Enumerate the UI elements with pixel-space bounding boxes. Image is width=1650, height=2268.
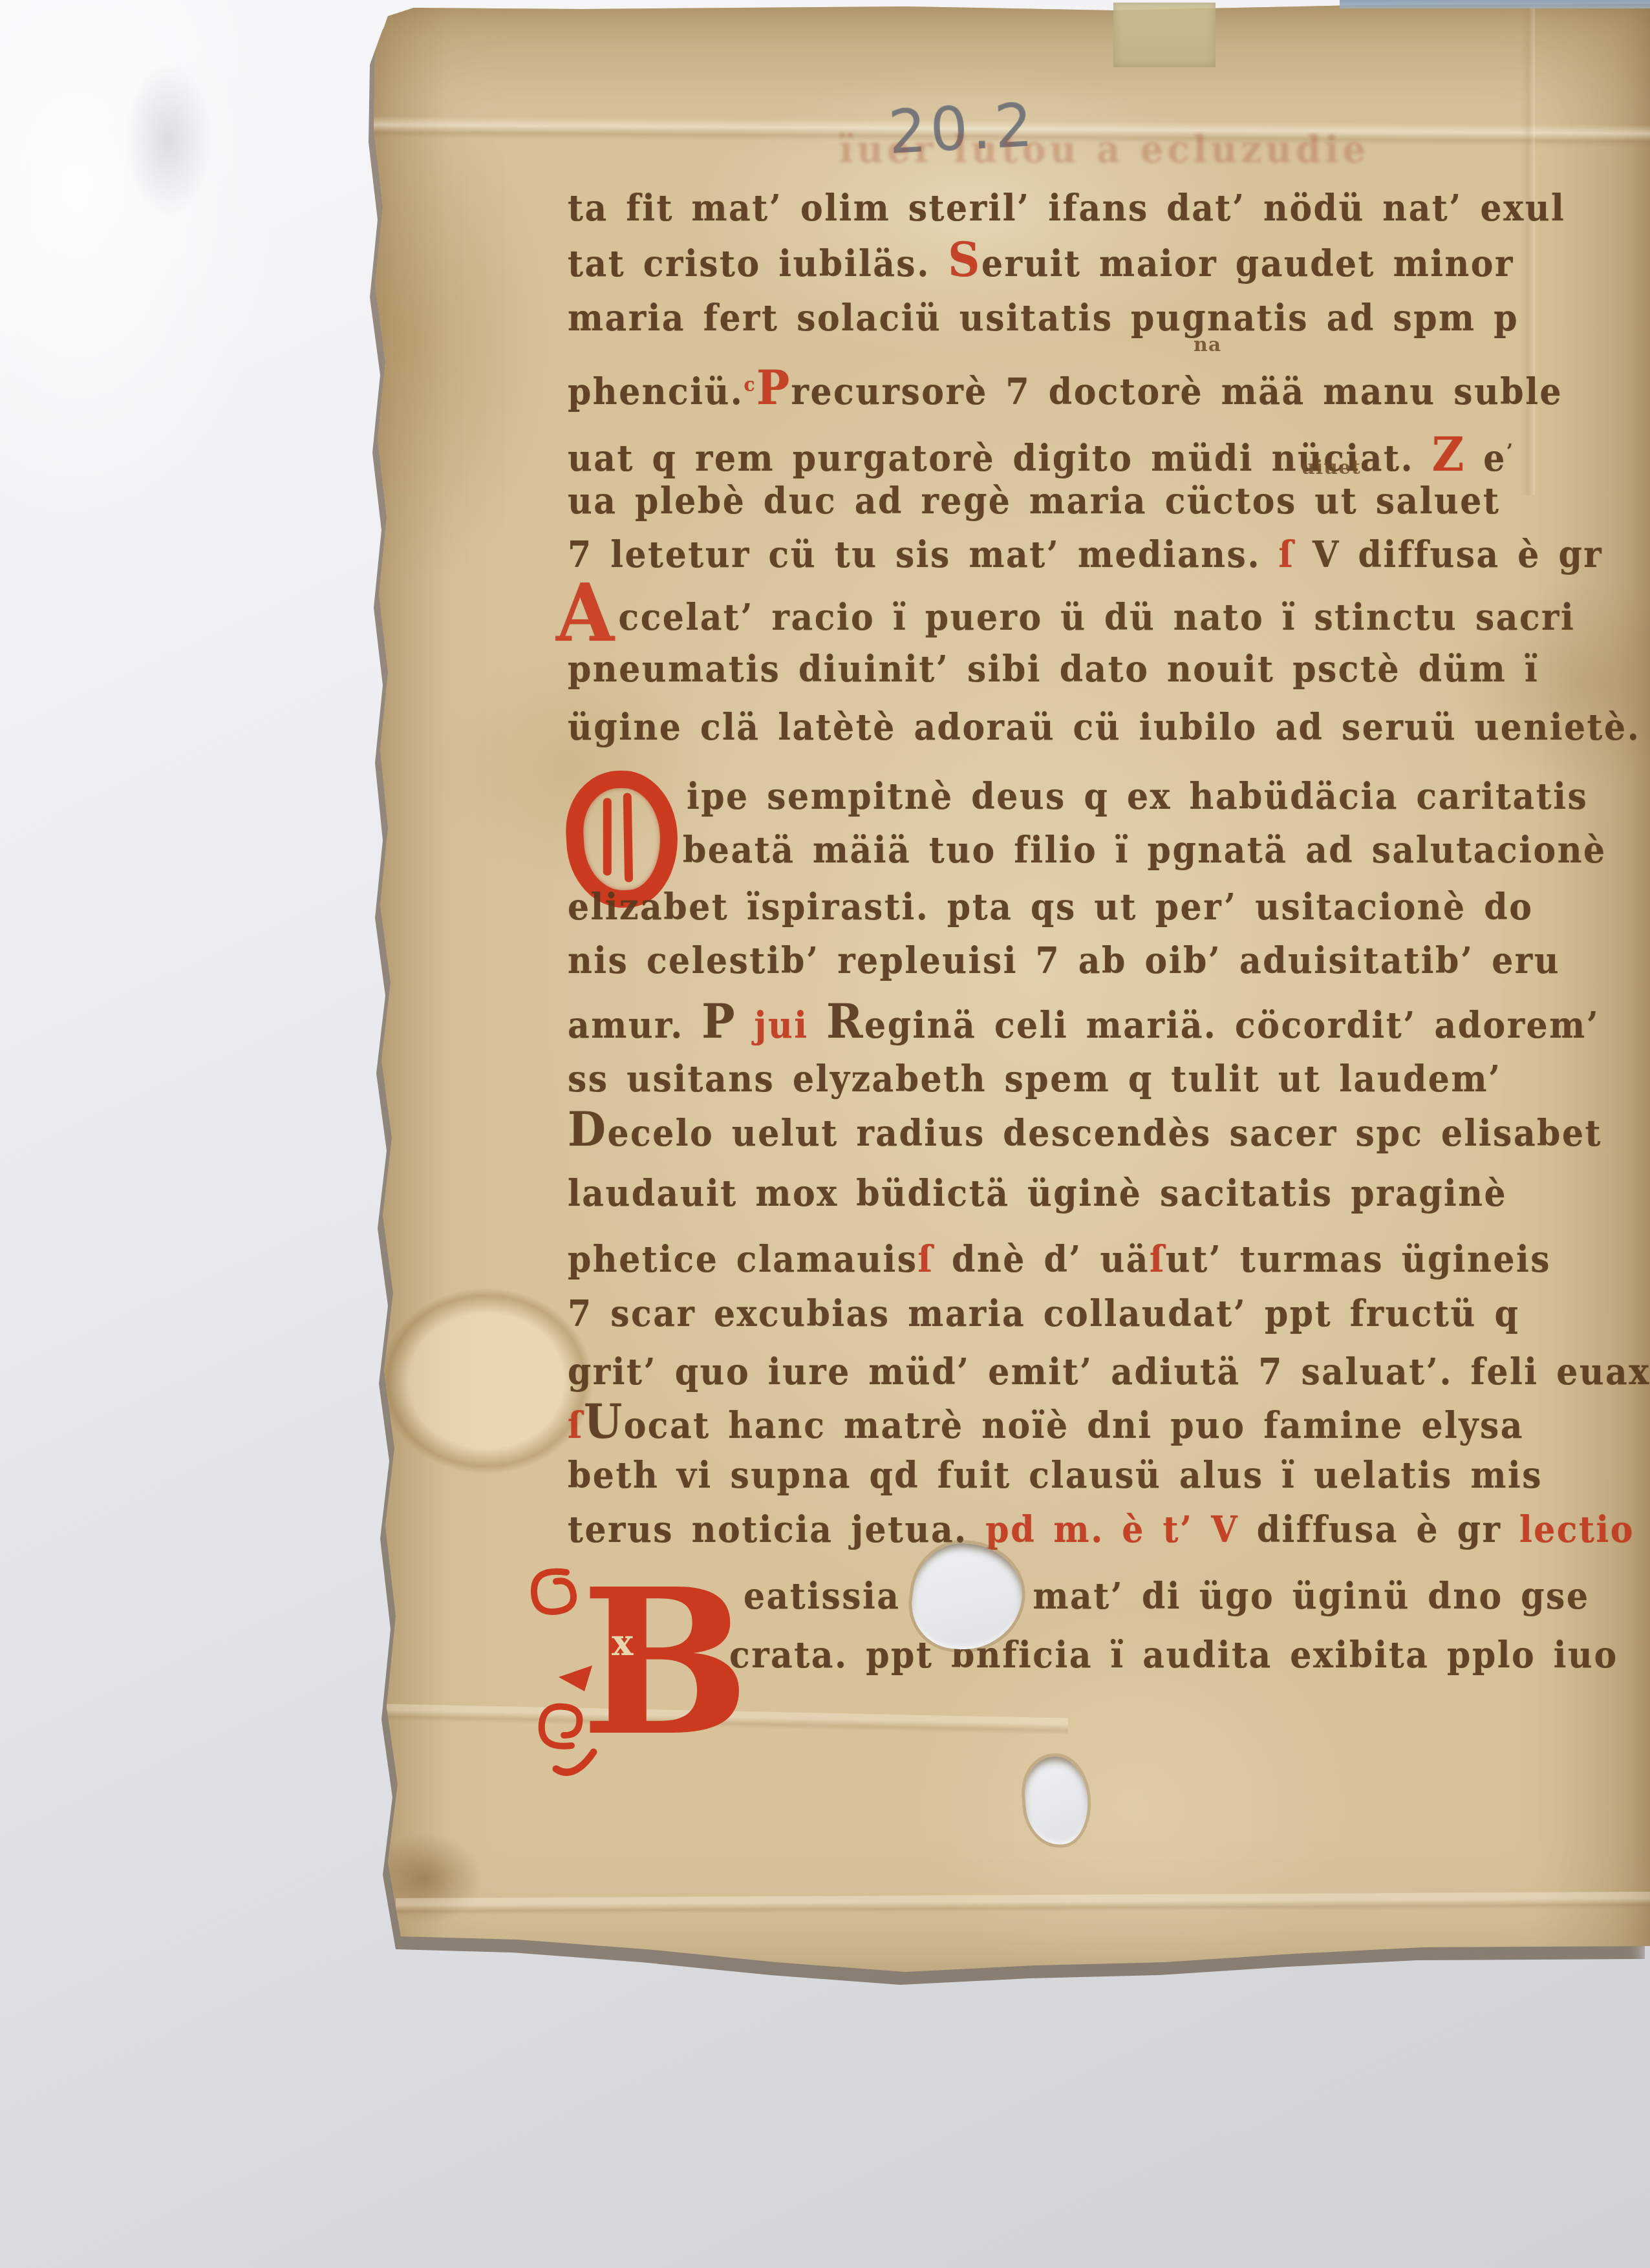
manuscript-line: crata. ppt bnficia ï audita exibita pplo…	[729, 1634, 1618, 1678]
ink-run: grit’ quo iure müd’ emit’ adiutä 7 salua…	[568, 1351, 1650, 1393]
ink-run: pneumatis diuinit’ sibi dato nouit psctè…	[568, 648, 1539, 690]
rubric-run: jui	[736, 1005, 826, 1047]
ink-run: tat cristo iubiläs.	[568, 243, 948, 285]
ink-run: diffusa è gr	[1257, 1509, 1519, 1551]
rubric-run: ſ	[918, 1239, 934, 1281]
rubric-run: pd m. è t’	[985, 1509, 1211, 1551]
ink-run: ccelat’ racio ï puero ü dü nato ï stinct…	[619, 597, 1576, 639]
manuscript-line: ua plebè duc ad regè maria cüctos ut sal…	[568, 480, 1500, 524]
manuscript-line: elizabet ïspirasti. pta qs ut per’ usita…	[568, 886, 1533, 930]
ink-run: maria fert solaciü usitatis pugnatis ad …	[568, 297, 1519, 339]
rubric-run: ſ	[1261, 534, 1294, 576]
ink-run: U	[584, 1395, 624, 1450]
initial-o-inner-stroke	[623, 793, 633, 882]
scanned-manuscript-page: 20.2 ïuer lutou a ecluzudie B x ta fit m…	[0, 0, 1650, 2268]
ink-run: nis celestib’ repleuisi 7 ab oib’ aduisi…	[568, 940, 1560, 982]
manuscript-line: ta fit mat’ olim steril’ ifans dat’ nödü…	[568, 187, 1565, 231]
ink-run: ügine clä latètè adoraü cü iubilo ad ser…	[568, 707, 1640, 749]
ink-run: eginä celi mariä. cöcordit’ adorem’	[864, 1005, 1600, 1047]
ink-run: ipe sempitnè deus q ex habüdäcia caritat…	[687, 776, 1588, 818]
ink-run: laudauit mox büdictä üginè sacitatis pra…	[568, 1173, 1507, 1215]
ink-run: D	[568, 1102, 607, 1157]
manuscript-line: ügine clä latètè adoraü cü iubilo ad ser…	[568, 706, 1640, 750]
interlinear-gloss: na	[1194, 334, 1221, 356]
manuscript-line: nis celestib’ repleuisi 7 ab oib’ aduisi…	[568, 939, 1560, 983]
ink-run: mat’ di ügo üginü dno gse	[1033, 1576, 1590, 1618]
rubric-run: S	[948, 233, 981, 288]
scanner-background-smudge	[97, 58, 239, 330]
ink-run: recursorè 7 doctorè mää manu suble	[791, 371, 1563, 413]
manuscript-line: terus noticia jetua. pd m. è t’ V diffus…	[568, 1508, 1650, 1552]
ink-run: phetice clamauis	[568, 1239, 918, 1281]
ink-run: ta fit mat’ olim steril’ ifans dat’ nödü…	[568, 187, 1565, 230]
ink-run: V diffusa è gr	[1295, 534, 1603, 576]
ink-run: 7 letetur cü tu sis mat’ medians.	[568, 534, 1261, 576]
manuscript-line: phetice clamauisſ dnè d’ uäſut’ turmas ü…	[568, 1238, 1551, 1282]
tape-residue	[1113, 3, 1216, 67]
ink-run: ecelo uelut radius descendès sacer spc e…	[607, 1113, 1602, 1155]
rubric-run: ſ	[1150, 1239, 1166, 1281]
ink-run: ss usitans elyzabeth spem q tulit ut lau…	[568, 1058, 1502, 1100]
manuscript-line: Decelo uelut radius descendès sacer spc …	[568, 1112, 1602, 1156]
manuscript-line: 7 scar excubias maria collaudat’ ppt fru…	[568, 1292, 1519, 1336]
ink-run: terus noticia jetua.	[568, 1509, 985, 1551]
manuscript-line: ipe sempitnè deus q ex habüdäcia caritat…	[687, 775, 1588, 819]
manuscript-line: ss usitans elyzabeth spem q tulit ut lau…	[568, 1058, 1502, 1102]
interlinear-gloss: uiuet	[1301, 456, 1361, 479]
scanner-edge-strip	[1340, 0, 1650, 8]
ink-run: dnè d’ uä	[934, 1239, 1150, 1281]
ink-offset-ghost-text: ïuer lutou a ecluzudie	[839, 127, 1369, 171]
rubric-run: ſ	[568, 1405, 584, 1447]
manuscript-line: tat cristo iubiläs. Seruit maior gaudet …	[568, 242, 1514, 286]
ink-run: elizabet ïspirasti. pta qs ut per’ usita…	[568, 886, 1533, 928]
ink-run: R	[826, 994, 864, 1049]
ink-run: phenciü.	[568, 371, 744, 413]
manuscript-line: pneumatis diuinit’ sibi dato nouit psctè…	[568, 648, 1539, 692]
ink-run: beatä mäiä tuo filio ï pgnatä ad salutac…	[683, 829, 1607, 872]
ink-run: ua plebè duc ad regè maria cüctos ut sal…	[568, 480, 1500, 522]
ink-run: ocat hanc matrè noïè dni puo famine elys…	[624, 1405, 1524, 1447]
manuscript-line: maria fert solaciü usitatis pugnatis ad …	[568, 297, 1519, 341]
manuscript-line: uat q rem purgatorè digito müdi nüciat. …	[568, 430, 1514, 481]
manuscript-line: Accelat’ racio ï puero ü dü nato ï stinc…	[556, 596, 1575, 640]
horizontal-crease-bottom	[396, 1892, 1650, 1915]
rubric-run: P	[756, 361, 791, 416]
ink-run: beth vi supna qd fuit clausü alus ï uela…	[568, 1455, 1543, 1497]
ink-run: 7 scar excubias maria collaudat’ ppt fru…	[568, 1293, 1519, 1335]
rubric-run: c	[744, 374, 756, 396]
manuscript-line: ſUocat hanc matrè noïè dni puo famine el…	[568, 1404, 1524, 1448]
manuscript-line: beatä mäiä tuo filio ï pgnatä ad salutac…	[683, 829, 1607, 873]
rubric-run: A	[556, 567, 616, 660]
manuscript-line: beth vi supna qd fuit clausü alus ï uela…	[568, 1454, 1543, 1498]
ink-run: amur.	[568, 1005, 702, 1047]
manuscript-line: eatissiamat’ di ügo üginü dno gse	[744, 1575, 1589, 1619]
vertical-crease-right	[1521, 4, 1535, 495]
rubric-run: Z	[1432, 427, 1466, 482]
initial-b-ornament: x	[612, 1621, 634, 1664]
manuscript-line: phenciü.cPrecursorè 7 doctorè mää manu s…	[568, 363, 1563, 414]
ink-run: e	[1466, 438, 1506, 480]
manuscript-line: laudauit mox büdictä üginè sacitatis pra…	[568, 1172, 1507, 1216]
manuscript-line: amur. P jui Reginä celi mariä. cöcordit’…	[568, 1004, 1600, 1048]
manuscript-line: grit’ quo iure müd’ emit’ adiutä 7 salua…	[568, 1351, 1650, 1395]
ink-run: ’	[1506, 440, 1514, 463]
ink-run: ut’ turmas ügineis	[1166, 1239, 1551, 1281]
ink-run: eruit maior gaudet minor	[981, 243, 1514, 285]
ink-run: P	[702, 994, 736, 1049]
ink-run: crata. ppt bnficia ï audita exibita pplo…	[729, 1634, 1618, 1676]
initial-b-letter: B	[581, 1545, 750, 1781]
rubric-run: lectio p.	[1519, 1509, 1650, 1551]
rubric-run: V	[1211, 1509, 1256, 1551]
initial-o-inner-stroke	[603, 798, 612, 875]
manuscript-line: 7 letetur cü tu sis mat’ medians. ſ V di…	[568, 533, 1603, 577]
ink-run: eatissia	[744, 1576, 901, 1618]
